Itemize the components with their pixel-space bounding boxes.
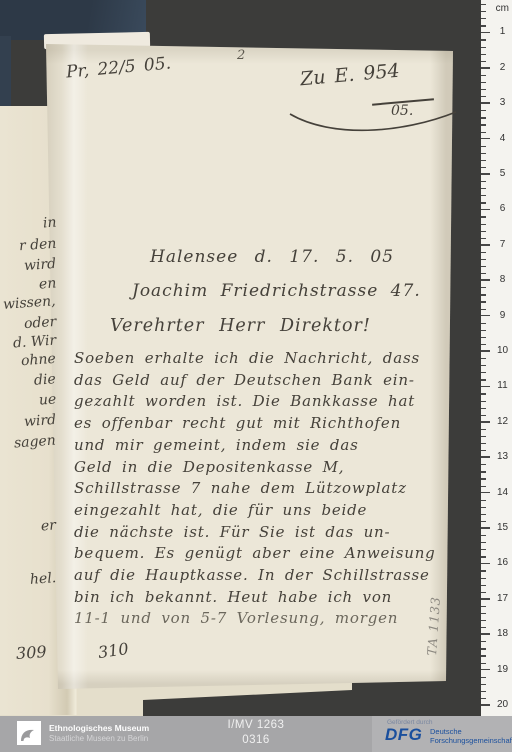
ruler-tick-mm bbox=[481, 606, 486, 607]
ruler-number: 11 bbox=[494, 380, 511, 391]
letter-line: es offenbar recht gut mit Richthofen bbox=[74, 413, 464, 435]
ruler-tick-mm bbox=[481, 216, 486, 217]
ruler-tick-cm bbox=[481, 492, 490, 494]
ruler-tick-mm bbox=[481, 25, 486, 26]
ruler-tick-cm bbox=[481, 102, 490, 104]
fragment-text: sagen bbox=[14, 433, 57, 452]
ruler-number: 4 bbox=[494, 133, 511, 144]
ruler-tick-cm bbox=[481, 173, 490, 175]
sheet-marker: 2 bbox=[237, 48, 245, 63]
ruler-tick-mm bbox=[481, 471, 486, 472]
address-line: Joachim Friedrichstrasse 47. bbox=[132, 281, 421, 301]
ruler-tick-cm bbox=[481, 527, 490, 529]
ruler-tick-mm bbox=[481, 698, 486, 699]
ruler-tick-mm bbox=[481, 273, 486, 274]
ruler-tick-mm bbox=[481, 415, 486, 416]
ruler-tick-mm bbox=[481, 11, 486, 12]
ruler-number: 12 bbox=[494, 416, 511, 427]
ruler-tick-mm bbox=[481, 153, 486, 154]
ruler-number: 20 bbox=[494, 699, 511, 710]
fragment-text: ohne bbox=[21, 351, 57, 369]
fragment-text: in bbox=[42, 215, 57, 232]
ruler: cm 1234567891011121314151617181920 bbox=[481, 0, 512, 716]
ruler-tick-mm bbox=[481, 648, 486, 649]
ruler-tick-mm bbox=[481, 620, 486, 621]
ruler-tick-mm bbox=[481, 450, 486, 451]
ruler-tick-mm bbox=[481, 252, 486, 253]
ruler-tick-mm bbox=[481, 188, 486, 189]
ruler-tick-mm bbox=[481, 691, 486, 692]
ruler-number: 14 bbox=[494, 487, 511, 498]
image-number: 0316 bbox=[228, 733, 285, 748]
ruler-tick-mm bbox=[481, 684, 486, 685]
ruler-tick-mm bbox=[481, 408, 486, 409]
ruler-tick-mm bbox=[481, 146, 486, 147]
ruler-tick-mm bbox=[481, 238, 486, 239]
ruler-tick-mm bbox=[481, 514, 486, 515]
ruler-tick-mm bbox=[481, 507, 486, 508]
letter-line: auf die Hauptkasse. In der Schillstrasse bbox=[74, 565, 464, 587]
ruler-tick-mm bbox=[481, 89, 486, 90]
ruler-tick-mm bbox=[481, 401, 486, 402]
document-id-block: I/MV 1263 0316 bbox=[228, 718, 285, 748]
dfg-logo: DFG bbox=[385, 725, 422, 745]
previous-page-number: 309 bbox=[15, 642, 47, 663]
ruler-tick-cm bbox=[481, 598, 490, 600]
museum-name-block: Ethnologisches Museum Staatliche Museen … bbox=[49, 723, 149, 744]
museum-organization: Staatliche Museen zu Berlin bbox=[49, 734, 149, 744]
ruler-tick-mm bbox=[481, 117, 486, 118]
ruler-tick-mm bbox=[481, 110, 486, 111]
ruler-tick-mm bbox=[481, 54, 486, 55]
ruler-tick-mm bbox=[481, 677, 486, 678]
ruler-number: 7 bbox=[494, 239, 511, 250]
ruler-tick-mm bbox=[481, 478, 486, 479]
fragment-text: wird bbox=[23, 256, 56, 274]
letter-line: 11-1 und von 5-7 Vorlesung, morgen bbox=[74, 608, 464, 630]
archival-scan-viewer: inr denwirdenwissen,oderd. Wirohnedieuew… bbox=[0, 0, 512, 752]
ruler-tick-mm bbox=[481, 655, 486, 656]
ruler-tick-mm bbox=[481, 585, 486, 586]
ruler-tick-mm bbox=[481, 570, 486, 571]
ruler-tick-mm bbox=[481, 613, 486, 614]
ruler-tick-mm bbox=[481, 627, 486, 628]
ruler-tick-cm bbox=[481, 563, 490, 565]
letter-line: eingezahlt hat, die für uns beide bbox=[74, 500, 464, 522]
letter-line: bin ich bekannt. Heut habe ich von bbox=[74, 587, 464, 609]
ruler-tick-mm bbox=[481, 521, 486, 522]
ruler-tick-cm bbox=[481, 704, 490, 706]
ruler-number: 16 bbox=[494, 557, 511, 568]
ruler-unit-label: cm bbox=[496, 3, 509, 14]
ruler-number: 13 bbox=[494, 451, 511, 462]
funder-name-line1: Deutsche bbox=[430, 727, 512, 736]
letter-line: Soeben erhalte ich die Nachricht, dass bbox=[74, 348, 464, 370]
ruler-tick-mm bbox=[481, 443, 486, 444]
museum-name: Ethnologisches Museum bbox=[49, 723, 149, 734]
fragment-text: die bbox=[34, 371, 57, 388]
ruler-tick-cm bbox=[481, 421, 490, 423]
funder-name-line2: Forschungsgemeinschaft bbox=[430, 736, 512, 745]
fragment-text: r den bbox=[18, 236, 56, 255]
ruler-number: 15 bbox=[494, 522, 511, 533]
fragment-text: oder bbox=[23, 314, 56, 332]
ruler-tick-mm bbox=[481, 365, 486, 366]
ruler-tick-mm bbox=[481, 372, 486, 373]
ruler-number: 10 bbox=[494, 345, 511, 356]
ruler-tick-cm bbox=[481, 315, 490, 317]
ruler-tick-mm bbox=[481, 500, 486, 501]
eagle-icon bbox=[17, 721, 41, 745]
ruler-tick-mm bbox=[481, 556, 486, 557]
ruler-tick-cm bbox=[481, 32, 490, 34]
ruler-tick-mm bbox=[481, 330, 486, 331]
ruler-tick-mm bbox=[481, 202, 486, 203]
ruler-tick-mm bbox=[481, 287, 486, 288]
ruler-tick-cm bbox=[481, 67, 490, 69]
ruler-tick-mm bbox=[481, 224, 486, 225]
ruler-number: 3 bbox=[494, 97, 511, 108]
ruler-number: 2 bbox=[494, 62, 511, 73]
ruler-tick-mm bbox=[481, 181, 486, 182]
ruler-tick-mm bbox=[481, 132, 486, 133]
ruler-tick-mm bbox=[481, 61, 486, 62]
ruler-tick-mm bbox=[481, 549, 486, 550]
ruler-tick-mm bbox=[481, 641, 486, 642]
dateline: Halensee d. 17. 5. 05 bbox=[150, 247, 394, 267]
ruler-tick-mm bbox=[481, 266, 486, 267]
letter-body: Soeben erhalte ich die Nachricht, dassda… bbox=[74, 348, 464, 630]
ruler-tick-cm bbox=[481, 244, 490, 246]
fragment-text: hel. bbox=[29, 570, 56, 588]
ruler-tick-mm bbox=[481, 301, 486, 302]
museum-logo bbox=[17, 721, 41, 745]
ruler-tick-cm bbox=[481, 386, 490, 388]
ruler-tick-mm bbox=[481, 535, 486, 536]
ruler-tick-mm bbox=[481, 4, 486, 5]
ruler-tick-mm bbox=[481, 96, 486, 97]
ruler-tick-mm bbox=[481, 231, 486, 232]
inventory-number: I/MV 1263 bbox=[228, 718, 285, 733]
ruler-tick-cm bbox=[481, 279, 490, 281]
ruler-number: 6 bbox=[494, 203, 511, 214]
ruler-tick-mm bbox=[481, 344, 486, 345]
funder-name: Deutsche Forschungsgemeinschaft bbox=[430, 727, 512, 745]
ruler-tick-mm bbox=[481, 542, 486, 543]
letter-line: Schillstrasse 7 nahe dem Lützowplatz bbox=[74, 478, 464, 500]
letter-line: Geld in die Depositenkasse M, bbox=[74, 457, 464, 479]
ruler-tick-mm bbox=[481, 47, 486, 48]
ruler-tick-mm bbox=[481, 195, 486, 196]
ruler-tick-mm bbox=[481, 379, 486, 380]
letter-line: gezahlt worden ist. Die Bankkasse hat bbox=[74, 391, 464, 413]
ruler-number: 5 bbox=[494, 168, 511, 179]
ruler-tick-mm bbox=[481, 578, 486, 579]
ruler-tick-mm bbox=[481, 75, 486, 76]
letter-line: das Geld auf der Deutschen Bank ein- bbox=[74, 370, 464, 392]
ruler-tick-mm bbox=[481, 592, 486, 593]
letter-line: und mir gemeint, indem sie das bbox=[74, 435, 464, 457]
letter-line: bequem. Es genügt aber eine Anweisung bbox=[74, 543, 464, 565]
funding-panel: Gefördert durch DFG Deutsche Forschungsg… bbox=[372, 716, 512, 752]
ruler-tick-mm bbox=[481, 486, 486, 487]
underline-flourish bbox=[286, 106, 460, 136]
ruler-tick-mm bbox=[481, 39, 486, 40]
ruler-tick-cm bbox=[481, 633, 490, 635]
ruler-number: 19 bbox=[494, 664, 511, 675]
ruler-tick-cm bbox=[481, 138, 490, 140]
ruler-number: 8 bbox=[494, 274, 511, 285]
fragment-text: d. Wir bbox=[12, 333, 56, 352]
ruler-tick-mm bbox=[481, 358, 486, 359]
fragment-text: er bbox=[40, 517, 56, 534]
ruler-tick-cm bbox=[481, 456, 490, 458]
ruler-tick-mm bbox=[481, 337, 486, 338]
letter-line: die nächste ist. Für Sie ist das un- bbox=[74, 522, 464, 544]
ruler-number: 9 bbox=[494, 310, 511, 321]
fragment-text: wird bbox=[23, 412, 56, 430]
ruler-tick-mm bbox=[481, 429, 486, 430]
ruler-tick-cm bbox=[481, 350, 490, 352]
ruler-tick-mm bbox=[481, 436, 486, 437]
ruler-tick-mm bbox=[481, 393, 486, 394]
fragment-text: ue bbox=[38, 391, 56, 408]
ruler-tick-mm bbox=[481, 323, 486, 324]
salutation: Verehrter Herr Direktor! bbox=[110, 316, 371, 336]
ruler-number: 17 bbox=[494, 593, 511, 604]
ruler-tick-mm bbox=[481, 464, 486, 465]
footer-bar: Ethnologisches Museum Staatliche Museen … bbox=[0, 716, 512, 752]
fragment-text: en bbox=[38, 275, 56, 292]
ruler-tick-mm bbox=[481, 167, 486, 168]
ruler-number: 18 bbox=[494, 628, 511, 639]
ruler-tick-mm bbox=[481, 294, 486, 295]
ruler-number: 1 bbox=[494, 26, 511, 37]
ruler-tick-mm bbox=[481, 160, 486, 161]
ruler-tick-mm bbox=[481, 309, 486, 310]
ruler-tick-mm bbox=[481, 82, 486, 83]
ruler-tick-cm bbox=[481, 669, 490, 671]
fragment-text: wissen, bbox=[3, 293, 57, 313]
ruler-tick-cm bbox=[481, 209, 490, 211]
left-page-fragments: inr denwirdenwissen,oderd. Wirohnedieuew… bbox=[0, 0, 60, 700]
ruler-tick-mm bbox=[481, 259, 486, 260]
ruler-tick-mm bbox=[481, 18, 486, 19]
ruler-tick-mm bbox=[481, 124, 486, 125]
ruler-tick-mm bbox=[481, 663, 486, 664]
